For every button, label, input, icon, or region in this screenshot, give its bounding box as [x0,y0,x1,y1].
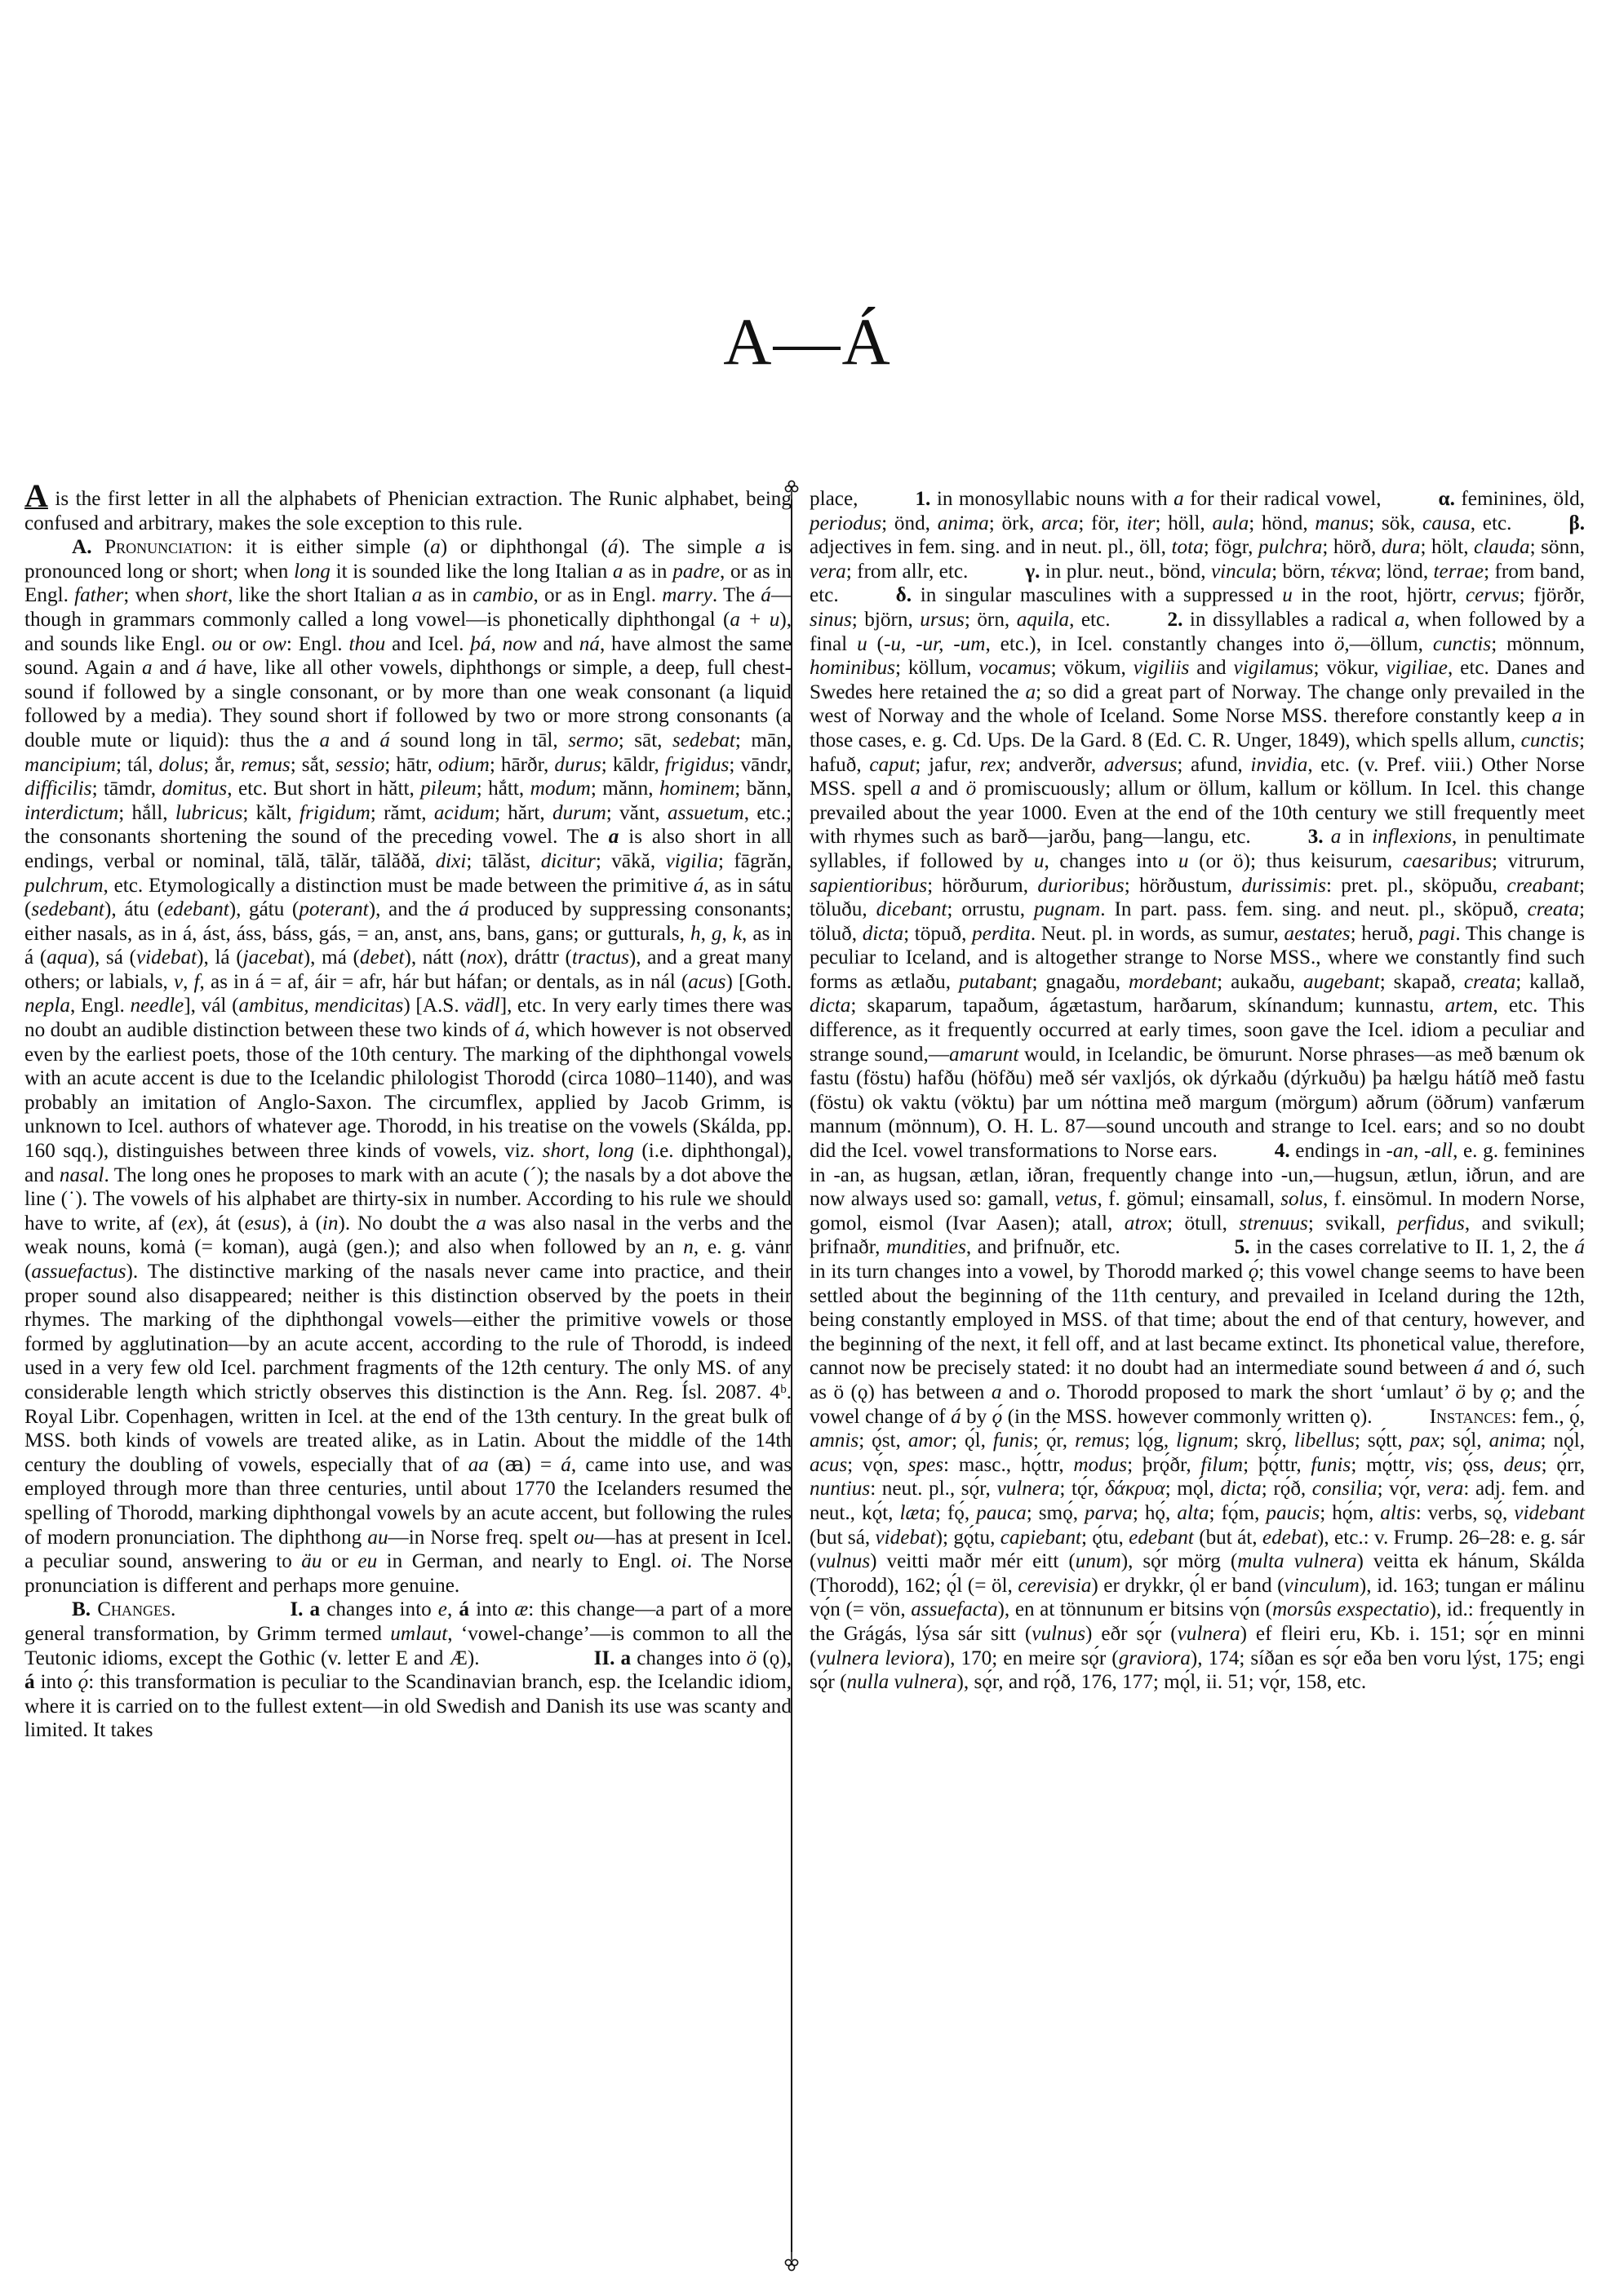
italic-term: perdita [972,923,1031,945]
italic-term: poterant [299,898,368,920]
text-run: ; sǫ́tt, [1355,1429,1410,1452]
text-run: á [24,1671,35,1693]
text-run: ), lá ( [197,946,243,968]
italic-term: putabant [959,971,1032,993]
text-run: and [921,778,966,800]
text-run: ; vănt, [606,802,668,824]
italic-term: sinus [810,609,852,631]
text-run: , like the short Italian [228,584,412,606]
italic-term: sermo [568,729,619,751]
text-run: ; sök, [1369,512,1422,534]
italic-term: u [1282,584,1293,606]
italic-term: á [1574,1236,1585,1258]
italic-term: pulchra [1258,536,1322,558]
text-run: ; from allr, etc. [846,561,969,583]
italic-term: artem [1445,995,1493,1017]
text-run: in plur. neut., bönd, [1040,561,1211,583]
italic-term: dicitur [541,850,596,872]
italic-term: parva [1085,1502,1133,1524]
italic-term: ǫ́ [1249,1261,1259,1283]
italic-term: odium [438,754,490,776]
italic-term: filum [1200,1454,1243,1476]
text-run: ; hörðustum, [1125,875,1242,897]
text-run: is the first letter in all the alphabets… [24,488,792,534]
italic-term: inflexions [1372,826,1452,848]
italic-term: u [1034,850,1045,872]
item-number: 3. [1308,826,1324,848]
italic-term: padre [672,561,720,583]
text-run: ; when [123,584,185,606]
italic-term: h [690,923,701,945]
italic-term: vädl [464,995,499,1017]
text-run: ; bănn, [734,778,792,800]
italic-term: edebant [164,898,229,920]
italic-term: tractus [572,946,629,968]
text-run: place, [810,488,858,510]
italic-term: durioribus [1037,875,1124,897]
italic-term: vinculum [1284,1575,1360,1597]
text-run: endings in [1290,1140,1387,1162]
text-run: , [490,633,502,655]
text-run: δ. [896,584,912,606]
italic-term: causa [1422,512,1471,534]
text-run: and [537,633,579,655]
text-run: into [35,1671,78,1693]
italic-term: cunctis [1433,633,1491,655]
text-run: ), en at tönnunum er bitsins vǫ́n ( [998,1598,1272,1620]
text-run: (ǫ), [756,1647,792,1669]
italic-term: u [1178,850,1189,872]
italic-term: v [174,971,183,993]
text-run: ; hắll, [118,802,175,824]
text-run: , etc. [1069,609,1110,631]
italic-term: vera [1427,1478,1464,1500]
italic-term: ö [1456,1381,1466,1403]
text-run: ; vökum, [1051,657,1134,679]
italic-term: cambio [473,584,533,606]
text-run: ; lönd, [1376,561,1434,583]
italic-term: paucis [1266,1502,1320,1524]
text-run: feminines, öld, [1455,488,1585,510]
text-run: changes into [320,1598,438,1620]
text-run: and [1484,1357,1525,1379]
italic-term: dicebant [876,898,947,920]
right-column: place,1. in monosyllabic nouns with a fo… [810,487,1585,1695]
text-run: ; ǫ́ss, [1448,1454,1504,1476]
text-run: . Thorodd proposed to mark the short ‘um… [1055,1381,1455,1403]
italic-term: á [515,1019,526,1041]
text-run: ; hölt, [1420,536,1474,558]
text-run: ; orrustu, [947,898,1034,920]
italic-term: ursus [920,609,965,631]
italic-term: funis [993,1429,1033,1452]
text-run: , etc. But short in hătt, [227,778,420,800]
italic-term: ex [178,1212,196,1234]
text-run: , as in á = af, áir = afr, hár but háfan… [200,971,689,993]
italic-term: þá [470,633,490,655]
section-label: A. [72,536,92,558]
italic-term: strenuus [1239,1212,1307,1234]
italic-term: vulnus [816,1550,870,1572]
text-run: and [1001,1381,1045,1403]
italic-term: a [755,536,765,558]
text-run: , etc. [1471,512,1512,534]
text-run: ; örn, [965,609,1017,631]
italic-term: aula [1212,512,1249,534]
text-run: ; mănn, [591,778,659,800]
text-run: ; vökur, [1314,657,1387,679]
text-run: ; ǫ́st, [859,1429,908,1452]
italic-term: oi [671,1550,687,1572]
italic-term: vetus [1055,1188,1098,1210]
text-run: and [153,657,197,679]
italic-term: vulnera [996,1478,1059,1500]
item-number: 4. [1275,1140,1290,1162]
text-run: γ. [1025,561,1040,583]
item-number: 1. [915,488,930,510]
italic-term: vulnera leviora [816,1647,943,1669]
text-run: ) er drykkr, ǫ́l er band ( [1091,1575,1284,1597]
italic-term: iter [1126,512,1155,534]
italic-term: consilia [1312,1478,1378,1500]
text-run: : verbs, sǫ́, [1416,1502,1515,1524]
text-run: ; björn, [852,609,920,631]
text-run: ), gátu ( [229,898,299,920]
italic-term: creata [1528,898,1579,920]
text-run: ; lǫ́g, [1125,1429,1176,1452]
italic-term: a [1174,488,1184,510]
italic-term: nulla vulnera [846,1671,956,1693]
italic-term: acus [810,1454,847,1476]
text-run: á [459,1598,469,1620]
text-run: , f. gömul; einsamall, [1097,1188,1280,1210]
italic-term: funis [1311,1454,1351,1476]
text-run: ); gǫ́tu, [936,1527,1001,1549]
italic-term: cerevisia [1018,1575,1091,1597]
text-run: ; tāmdr, [92,778,162,800]
italic-term: lignum [1176,1429,1233,1452]
italic-term: multa vulnera [1237,1550,1356,1572]
italic-term: o [1045,1381,1056,1403]
italic-term: frigidus [665,754,729,776]
text-run: ; hörðurum, [927,875,1037,897]
text-run: ; skrǫ́, [1233,1429,1294,1452]
italic-term: aquila [1017,609,1069,631]
italic-term: aestates [1284,923,1350,945]
text-run: ; tālăst, [466,850,540,872]
text-run: ; vǫ́r, [1378,1478,1427,1500]
italic-term: arca [1041,512,1078,534]
italic-term: ö [966,778,977,800]
text-run: ; hönd, [1249,512,1315,534]
text-run: , etc.), in Icel. constantly changes int… [985,633,1333,655]
italic-term: pileum [420,778,477,800]
italic-term: caput [869,754,915,776]
italic-term: a [609,826,619,848]
italic-term: dicta [863,923,903,945]
italic-term: ambitus, mendicitas [238,995,403,1017]
text-run: ( [867,633,884,655]
italic-term: δάκρυα [1105,1478,1165,1500]
italic-term: nox [467,946,496,968]
text-run: ) [A.S. [403,995,464,1017]
text-run: ; vākă, [596,850,666,872]
italic-term: hominem [659,778,734,800]
italic-term: á [951,1406,961,1428]
text-run: or [322,1550,357,1572]
italic-term: anima [1489,1429,1541,1452]
italic-term: short [185,584,228,606]
italic-term: -an [1387,1140,1414,1162]
text-run: ; önd, [881,512,938,534]
italic-term: amarunt [949,1044,1018,1066]
italic-term: æ [514,1598,528,1620]
italic-term: a [911,778,921,800]
italic-term: nasal [60,1164,104,1186]
italic-term: aqua [47,946,87,968]
text-run: sound long in tāl, [390,729,568,751]
text-run: ; för, [1078,512,1126,534]
italic-term: ou [574,1527,594,1549]
text-run: ). The simple [618,536,755,558]
text-run: ), ȧ ( [280,1212,322,1234]
text-run: in its turn changes into a vowel, by Tho… [810,1261,1249,1283]
text-run: ; vāndr, [729,754,792,776]
text-run: ; skaparum, tapaðum, ágætastum, harðarum… [850,995,1444,1017]
text-run: in dissyllables a radical [1182,609,1394,631]
italic-term: videbat [136,946,197,968]
text-run: ) eðr sǫ́r ( [1085,1623,1178,1645]
italic-term: interdictum [24,802,118,824]
italic-term: videbat [875,1527,935,1549]
italic-term: durus [554,754,601,776]
text-run: ), má ( [304,946,360,968]
italic-term: acus [688,971,725,993]
italic-term: vigiliae [1386,657,1448,679]
text-run: ; nǫ́l, [1541,1429,1585,1452]
italic-term: dicta [1220,1478,1261,1500]
text-run: : masc., hǫ́ttr, [943,1454,1073,1476]
text-run: and Icel. [385,633,470,655]
text-run: ; rămt, [370,802,434,824]
text-run: ; sönn, [1530,536,1585,558]
text-run: ; mān, [735,729,792,751]
italic-term: ou [212,633,233,655]
italic-term: solus [1280,1188,1323,1210]
italic-term: alta [1177,1502,1209,1524]
text-run: , [584,1140,597,1162]
text-run: a [310,1598,321,1620]
text-run: . In part. pass. fem. sing. and neut. pl… [1100,898,1527,920]
italic-term: difficilis [24,778,92,800]
text-run: ,—öllum, [1344,633,1432,655]
italic-term: spes [908,1454,943,1476]
italic-term: jacebat [243,946,304,968]
changes-continued: place,1. in monosyllabic nouns with a fo… [810,487,1585,1695]
pronunciation-section: A. Pronunciation: it is either simple (a… [24,535,792,1598]
italic-term: tota [1172,536,1204,558]
italic-term: ǫ́ [78,1671,89,1693]
italic-term: vis [1425,1454,1448,1476]
text-run: , [1413,1140,1424,1162]
italic-term: pagi [1419,923,1456,945]
text-run: , and þrifnuðr, etc. [966,1236,1120,1258]
text-run: ; mönnum, [1491,633,1585,655]
text-run: : this transformation is peculiar to the… [24,1671,792,1741]
italic-term: assuetum [668,802,744,824]
italic-term: sedebant [31,898,104,920]
changes-section: B. Changes.I. a changes into e, á into æ… [24,1598,792,1743]
text-run: ; ǫ́r, [1033,1429,1075,1452]
italic-term: dixi [436,850,467,872]
text-run: it is sounded like the long Italian [331,561,613,583]
italic-term: u [857,633,867,655]
text-run: ; ǫ́rr, [1542,1454,1585,1476]
italic-term: vigilamus [1234,657,1314,679]
text-run: ; jafur, [915,754,979,776]
text-run: ) [Goth. [725,971,792,993]
text-run: as in [422,584,473,606]
text-run: ; sāt, [619,729,672,751]
italic-term: long [294,561,331,583]
text-run: (but át, [1194,1527,1262,1549]
text-run: β. [1568,512,1585,534]
italic-term: nepla [24,995,70,1017]
text-run: ; hārðr, [490,754,555,776]
italic-term: a [992,1381,1002,1403]
text-run: in the cases correlative to II. 1, 2, th… [1250,1236,1575,1258]
text-run: ; köllum, [895,657,979,679]
text-run: in singular masculines with a suppressed [912,584,1282,606]
text-run: ; mǫ́l, [1165,1478,1221,1500]
italic-term: eu [357,1550,377,1572]
italic-term: á [561,1454,571,1476]
italic-term: anima [938,512,989,534]
italic-term: modum [530,778,591,800]
text-run: by [961,1406,992,1428]
italic-term: short [543,1140,585,1162]
text-run: ), átu ( [104,898,164,920]
text-run: ; hātr, [384,754,438,776]
column-ornament-bottom-icon [782,2252,801,2272]
text-run: ; fögr, [1204,536,1258,558]
text-run: ), and the [369,898,459,920]
italic-term: læta [899,1502,934,1524]
italic-term: vulnera [1178,1623,1240,1645]
italic-term: á [459,898,469,920]
italic-term: periodus [810,512,881,534]
text-run: (or ö); thus keisurum, [1188,850,1402,872]
text-run: ; hărt, [495,802,552,824]
italic-term: ǫ [1500,1381,1511,1403]
text-run: ), át ( [197,1212,245,1234]
text-run: ) or diphthongal ( [441,536,608,558]
text-run: for their radical vowel, [1184,488,1382,510]
text-run: II. [594,1647,615,1669]
text-run: as in [623,561,673,583]
italic-term: äu [301,1550,322,1572]
text-run: ; börn, [1271,561,1330,583]
text-run: ), sá ( [88,946,136,968]
text-run: by [1466,1381,1500,1403]
text-run: and [330,729,379,751]
text-run: ; sǫ́l, [1440,1429,1489,1452]
text-run: , etc. Etymologically a distinction must… [104,875,694,897]
italic-term: ná [579,633,600,655]
text-run: ; afund, [1177,754,1250,776]
text-run: α. [1439,488,1455,510]
italic-term: videbant [1514,1502,1585,1524]
text-run: —in Norse freq. spelt [388,1527,575,1549]
italic-term: cervus [1466,584,1520,606]
italic-term: á [608,536,619,558]
italic-term: long [597,1140,634,1162]
intro-paragraph: A is the first letter in all the alphabe… [24,487,792,535]
italic-term: amnis [810,1429,859,1452]
text-run: ; andverðr, [1005,754,1104,776]
text-run: : neut. pl., sǫ́r, [870,1478,996,1500]
italic-term: dolus [159,754,204,776]
italic-term: a [1552,705,1563,727]
text-run: ; fǫ́, [935,1502,976,1524]
text-run: in [1341,826,1372,848]
text-run: or [233,633,263,655]
italic-term: a [430,536,441,558]
text-run: (in the MSS. however commonly written ǫ)… [1002,1406,1372,1428]
italic-term: adversus [1104,754,1178,776]
text-run: ; tǫ́r, [1059,1478,1104,1500]
italic-term: amor [908,1429,952,1452]
text-run: ), dráttr ( [496,946,572,968]
text-run: ; töpuð, [903,923,972,945]
italic-term: au [367,1527,388,1549]
italic-term: e [438,1598,447,1620]
text-run: ; hǫ́m, [1320,1502,1380,1524]
text-run: ; hắtt, [477,778,530,800]
text-run: ), nátt ( [404,946,466,968]
text-run: ). No doubt the [338,1212,476,1234]
italic-term: a [476,1212,486,1234]
text-run: ). The distinctive marking of the nasals… [24,1261,792,1476]
text-run: ; hörð, [1322,536,1382,558]
italic-term: sessio [335,754,384,776]
italic-term: mordebant [1129,971,1217,993]
text-run: . The [712,584,761,606]
text-run: ; vitrurum, [1492,850,1585,872]
text-run: : pret. pl., sköpuðu, [1326,875,1506,897]
text-run: : Engl. [286,633,349,655]
italic-term: dicta [810,995,850,1017]
italic-term: a [1331,826,1342,848]
text-run: : fem., ǫ́, [1511,1406,1585,1428]
text-run: ; ötull, [1167,1212,1239,1234]
italic-term: graviora [1119,1647,1191,1669]
italic-term: ö [747,1647,757,1669]
italic-term: a [412,584,423,606]
text-run: ; kallað, [1515,971,1585,993]
italic-term: f [194,971,200,993]
left-column: A is the first letter in all the alphabe… [24,487,792,1743]
italic-term: clauda [1474,536,1530,558]
italic-term: a [613,561,623,583]
section-heading: Pronunciation [104,536,227,558]
italic-term: modus [1073,1454,1127,1476]
italic-term: manus [1315,512,1369,534]
italic-term: altis [1380,1502,1415,1524]
text-run: ; ắr, [203,754,241,776]
text-run: : it is either simple ( [227,536,430,558]
italic-term: remus [241,754,291,776]
